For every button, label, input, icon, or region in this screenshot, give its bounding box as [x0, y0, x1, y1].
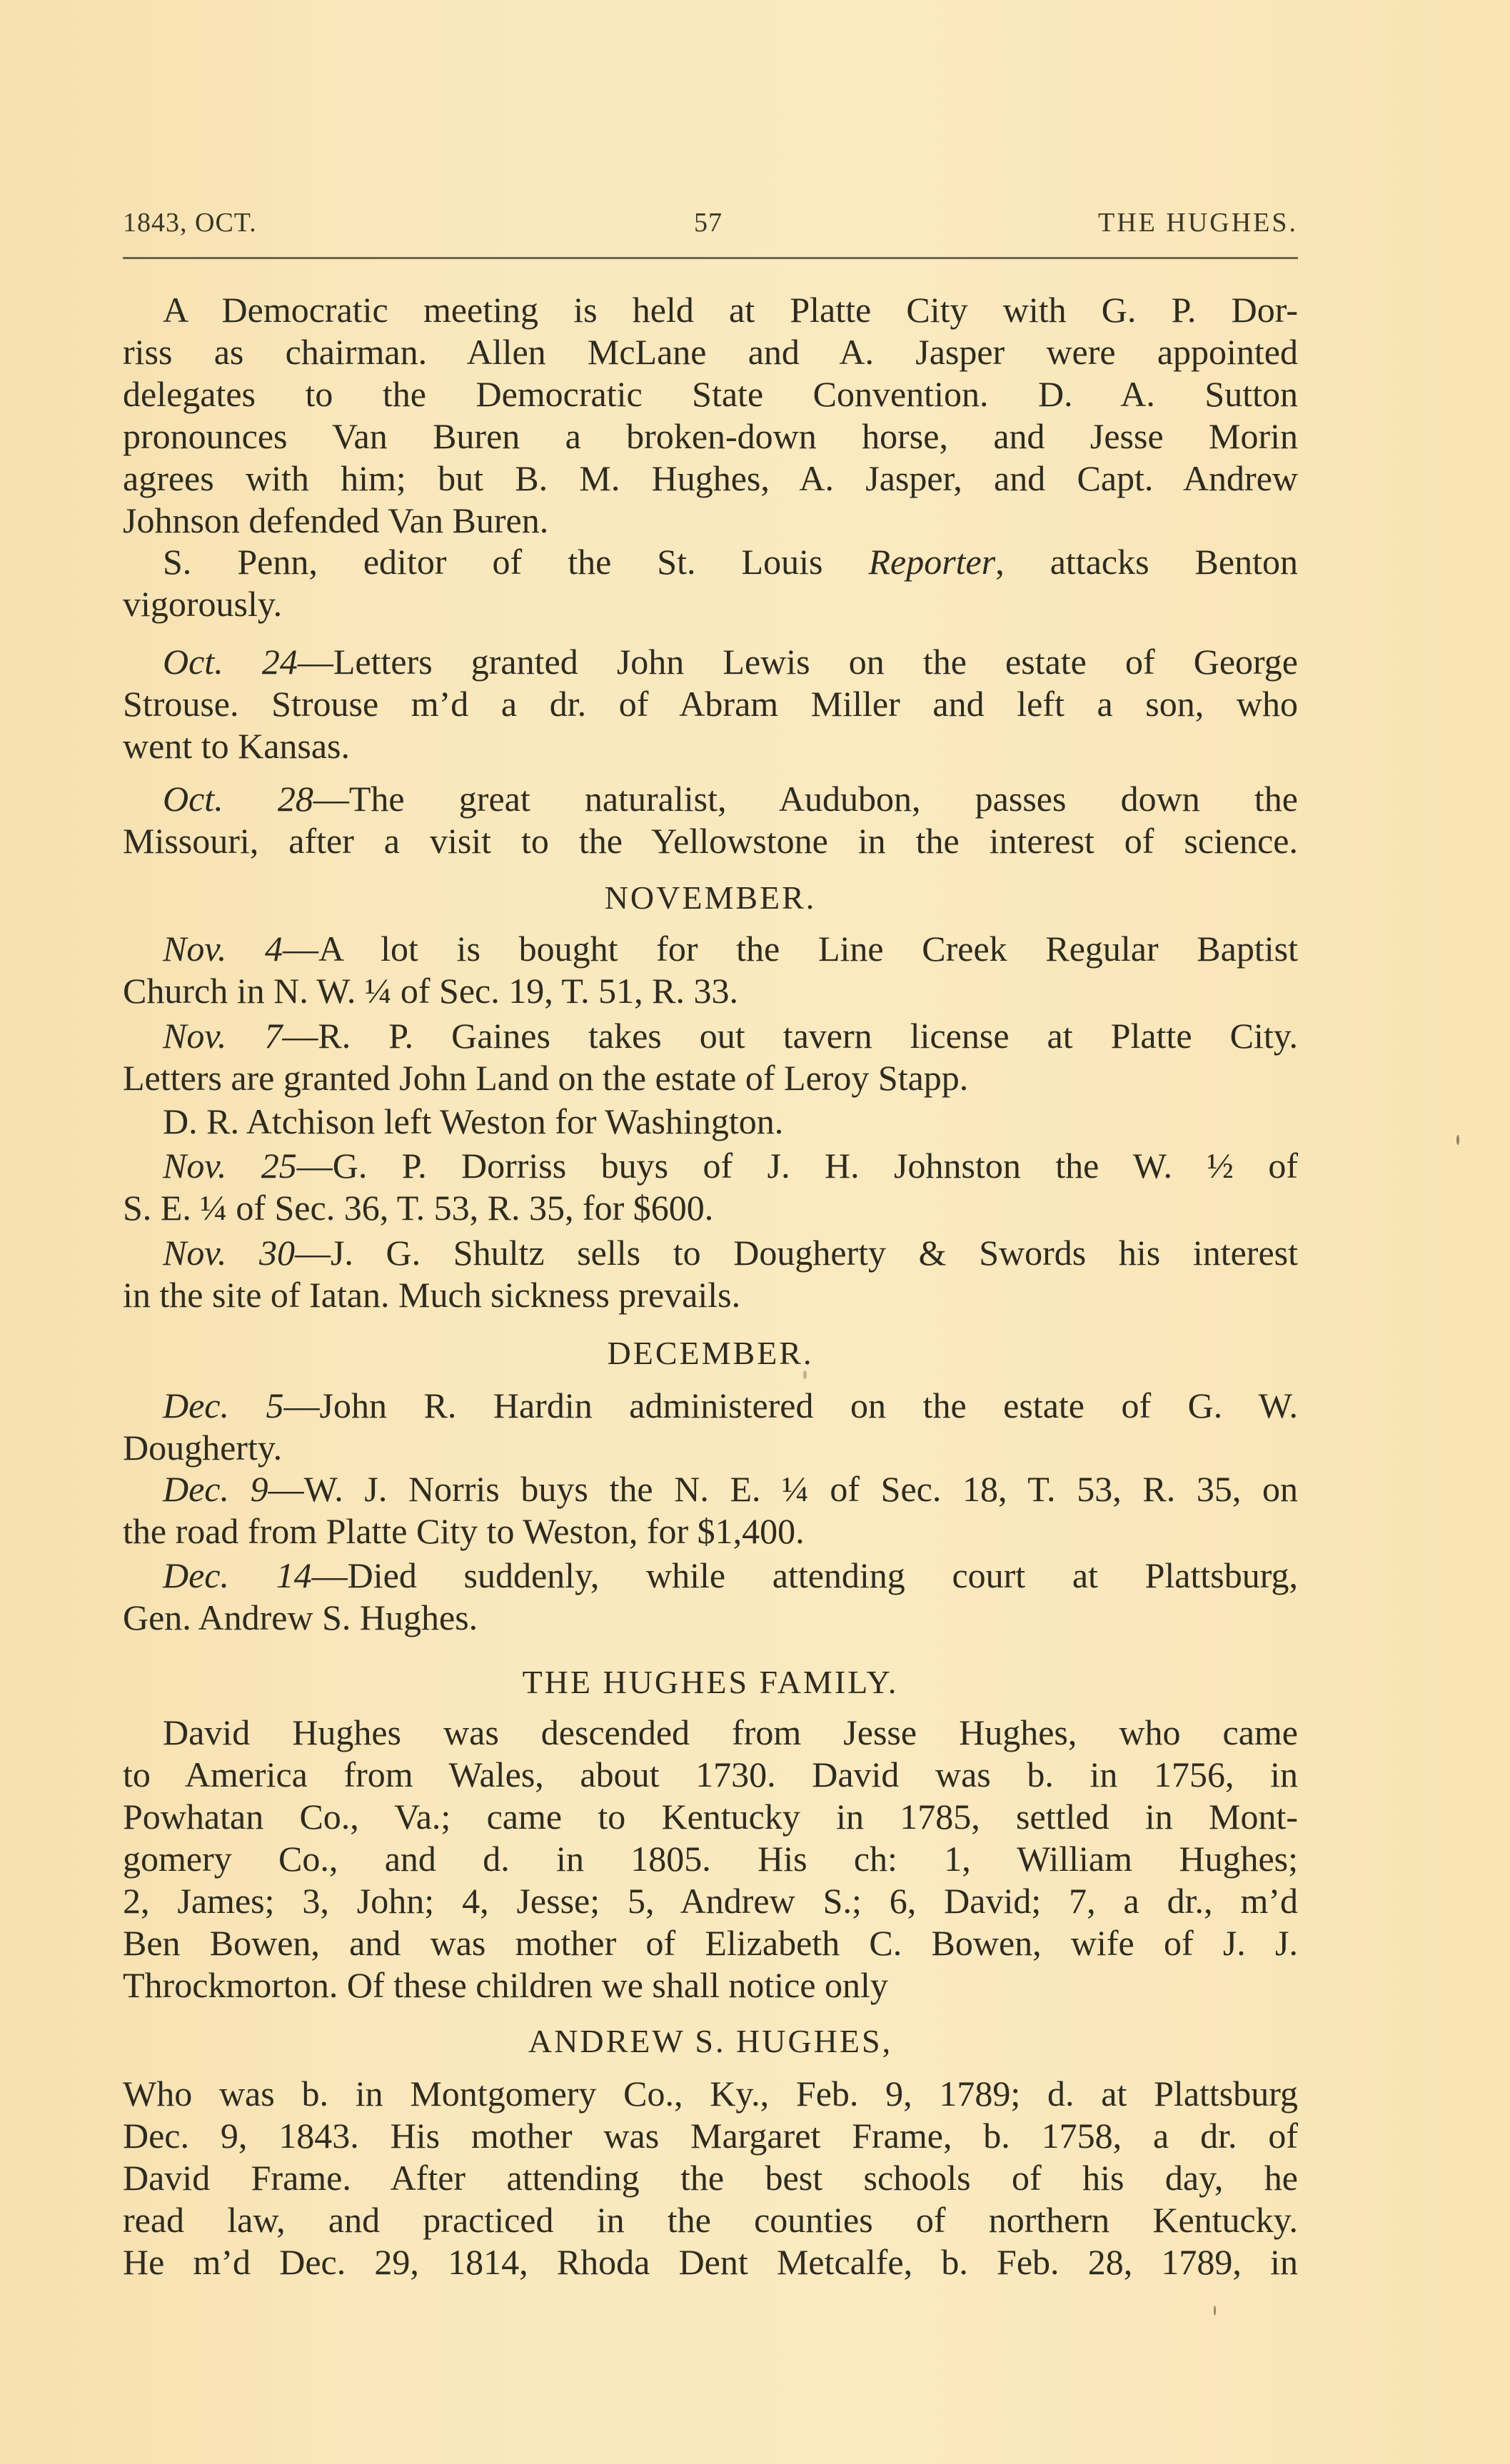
text-line: Dec. 14—Died suddenly, while attending c…	[163, 1555, 1298, 1597]
running-head: 1843, OCT. 57 THE HUGHES.	[123, 207, 1298, 250]
text-line: Nov. 7—R. P. Gaines takes out tavern lic…	[163, 1015, 1298, 1057]
text-line: Dec. 9—W. J. Norris buys the N. E. ¼ of …	[163, 1468, 1298, 1510]
running-head-date: 1843, OCT.	[123, 207, 257, 238]
entry-date: Nov. 7	[163, 1016, 282, 1056]
italic-title: Reporter	[868, 542, 995, 582]
text-line: Powhatan Co., Va.; came to Kentucky in 1…	[123, 1796, 1298, 1838]
text-line: David Hughes was descended from Jesse Hu…	[163, 1712, 1298, 1754]
text-line: He m’d Dec. 29, 1814, Rhoda Dent Metcalf…	[123, 2241, 1298, 2283]
entry-date: Dec. 14	[163, 1555, 312, 1595]
text-run: —A lot is bought for the Line Creek Regu…	[283, 929, 1298, 969]
text-line: Dec. 9, 1843. His mother was Margaret Fr…	[123, 2115, 1298, 2157]
text-line: Oct. 24—Letters granted John Lewis on th…	[163, 641, 1298, 683]
page-number: 57	[694, 207, 723, 238]
section-heading: ANDREW S. HUGHES,	[123, 2020, 1298, 2063]
entry-date: Nov. 25	[163, 1146, 297, 1186]
paper-speck	[1214, 2306, 1216, 2316]
text-line: the road from Platte City to Weston, for…	[123, 1510, 1298, 1552]
text-line: 2, James; 3, John; 4, Jesse; 5, Andrew S…	[123, 1880, 1298, 1922]
text-line: S. Penn, editor of the St. Louis Reporte…	[163, 541, 1298, 583]
text-line: D. R. Atchison left Weston for Washingto…	[163, 1101, 1298, 1143]
text-run: —Letters granted John Lewis on the estat…	[298, 642, 1298, 682]
text-line: pronounces Van Buren a broken-down horse…	[123, 415, 1298, 458]
text-line: Ben Bowen, and was mother of Elizabeth C…	[123, 1922, 1298, 1964]
text-line: Nov. 25—G. P. Dorriss buys of J. H. John…	[163, 1145, 1298, 1187]
text-line: Throckmorton. Of these children we shall…	[123, 1964, 1298, 2006]
section-heading: NOVEMBER.	[123, 877, 1298, 919]
text-line: Gen. Andrew S. Hughes.	[123, 1597, 1298, 1639]
text-line: read law, and practiced in the counties …	[123, 2199, 1298, 2241]
text-line: went to Kansas.	[123, 725, 1298, 767]
text-line: agrees with him; but B. M. Hughes, A. Ja…	[123, 458, 1298, 500]
text-line: Dec. 5—John R. Hardin administered on th…	[163, 1385, 1298, 1427]
text-line: riss as chairman. Allen McLane and A. Ja…	[123, 331, 1298, 373]
section-heading: DECEMBER.	[123, 1332, 1298, 1375]
text-line: Who was b. in Montgomery Co., Ky., Feb. …	[123, 2073, 1298, 2115]
text-run: —Died suddenly, while attending court at…	[312, 1555, 1298, 1595]
section-heading: THE HUGHES FAMILY.	[123, 1661, 1298, 1704]
text-line: Missouri, after a visit to the Yellowsto…	[123, 820, 1298, 862]
header-rule	[123, 257, 1298, 259]
text-run: —W. J. Norris buys the N. E. ¼ of Sec. 1…	[268, 1469, 1298, 1509]
text-line: Letters are granted John Land on the est…	[123, 1057, 1298, 1099]
entry-date: Dec. 9	[163, 1469, 268, 1509]
text-line: Nov. 30—J. G. Shultz sells to Dougherty …	[163, 1232, 1298, 1274]
text-line: delegates to the Democratic State Conven…	[123, 373, 1298, 415]
text-line: S. E. ¼ of Sec. 36, T. 53, R. 35, for $6…	[123, 1187, 1298, 1229]
text-line: Strouse. Strouse m’d a dr. of Abram Mill…	[123, 683, 1298, 725]
entry-date: Oct. 24	[163, 642, 298, 682]
paper-speck	[803, 1370, 807, 1379]
text-line: Oct. 28—The great naturalist, Audubon, p…	[163, 778, 1298, 820]
text-run: —R. P. Gaines takes out tavern license a…	[282, 1016, 1298, 1056]
text-line: Johnson defended Van Buren.	[123, 500, 1298, 542]
entry-date: Nov. 4	[163, 929, 283, 969]
text-line: Nov. 4—A lot is bought for the Line Cree…	[163, 928, 1298, 970]
text-run: —The great naturalist, Audubon, passes d…	[313, 779, 1298, 819]
text-line: Church in N. W. ¼ of Sec. 19, T. 51, R. …	[123, 970, 1298, 1012]
text-line: in the site of Iatan. Much sickness prev…	[123, 1274, 1298, 1316]
entry-date: Dec. 5	[163, 1385, 284, 1425]
text-line: Dougherty.	[123, 1427, 1298, 1469]
text-run: , attacks Benton	[995, 542, 1298, 582]
text-run: —J. G. Shultz sells to Dougherty & Sword…	[295, 1233, 1298, 1273]
text-line: gomery Co., and d. in 1805. His ch: 1, W…	[123, 1838, 1298, 1880]
text-run: S. Penn, editor of the St. Louis	[163, 542, 868, 582]
text-line: to America from Wales, about 1730. David…	[123, 1754, 1298, 1796]
text-run: —John R. Hardin administered on the esta…	[284, 1385, 1298, 1425]
text-line: vigorously.	[123, 583, 1298, 625]
paper-speck	[1456, 1135, 1459, 1145]
text-run: —G. P. Dorriss buys of J. H. Johnston th…	[297, 1146, 1298, 1186]
text-line: A Democratic meeting is held at Platte C…	[163, 289, 1298, 331]
running-head-title: THE HUGHES.	[1098, 207, 1298, 238]
book-page: 1843, OCT. 57 THE HUGHES. A Democratic m…	[0, 0, 1510, 2464]
text-line: David Frame. After attending the best sc…	[123, 2157, 1298, 2199]
entry-date: Oct. 28	[163, 779, 313, 819]
entry-date: Nov. 30	[163, 1233, 295, 1273]
